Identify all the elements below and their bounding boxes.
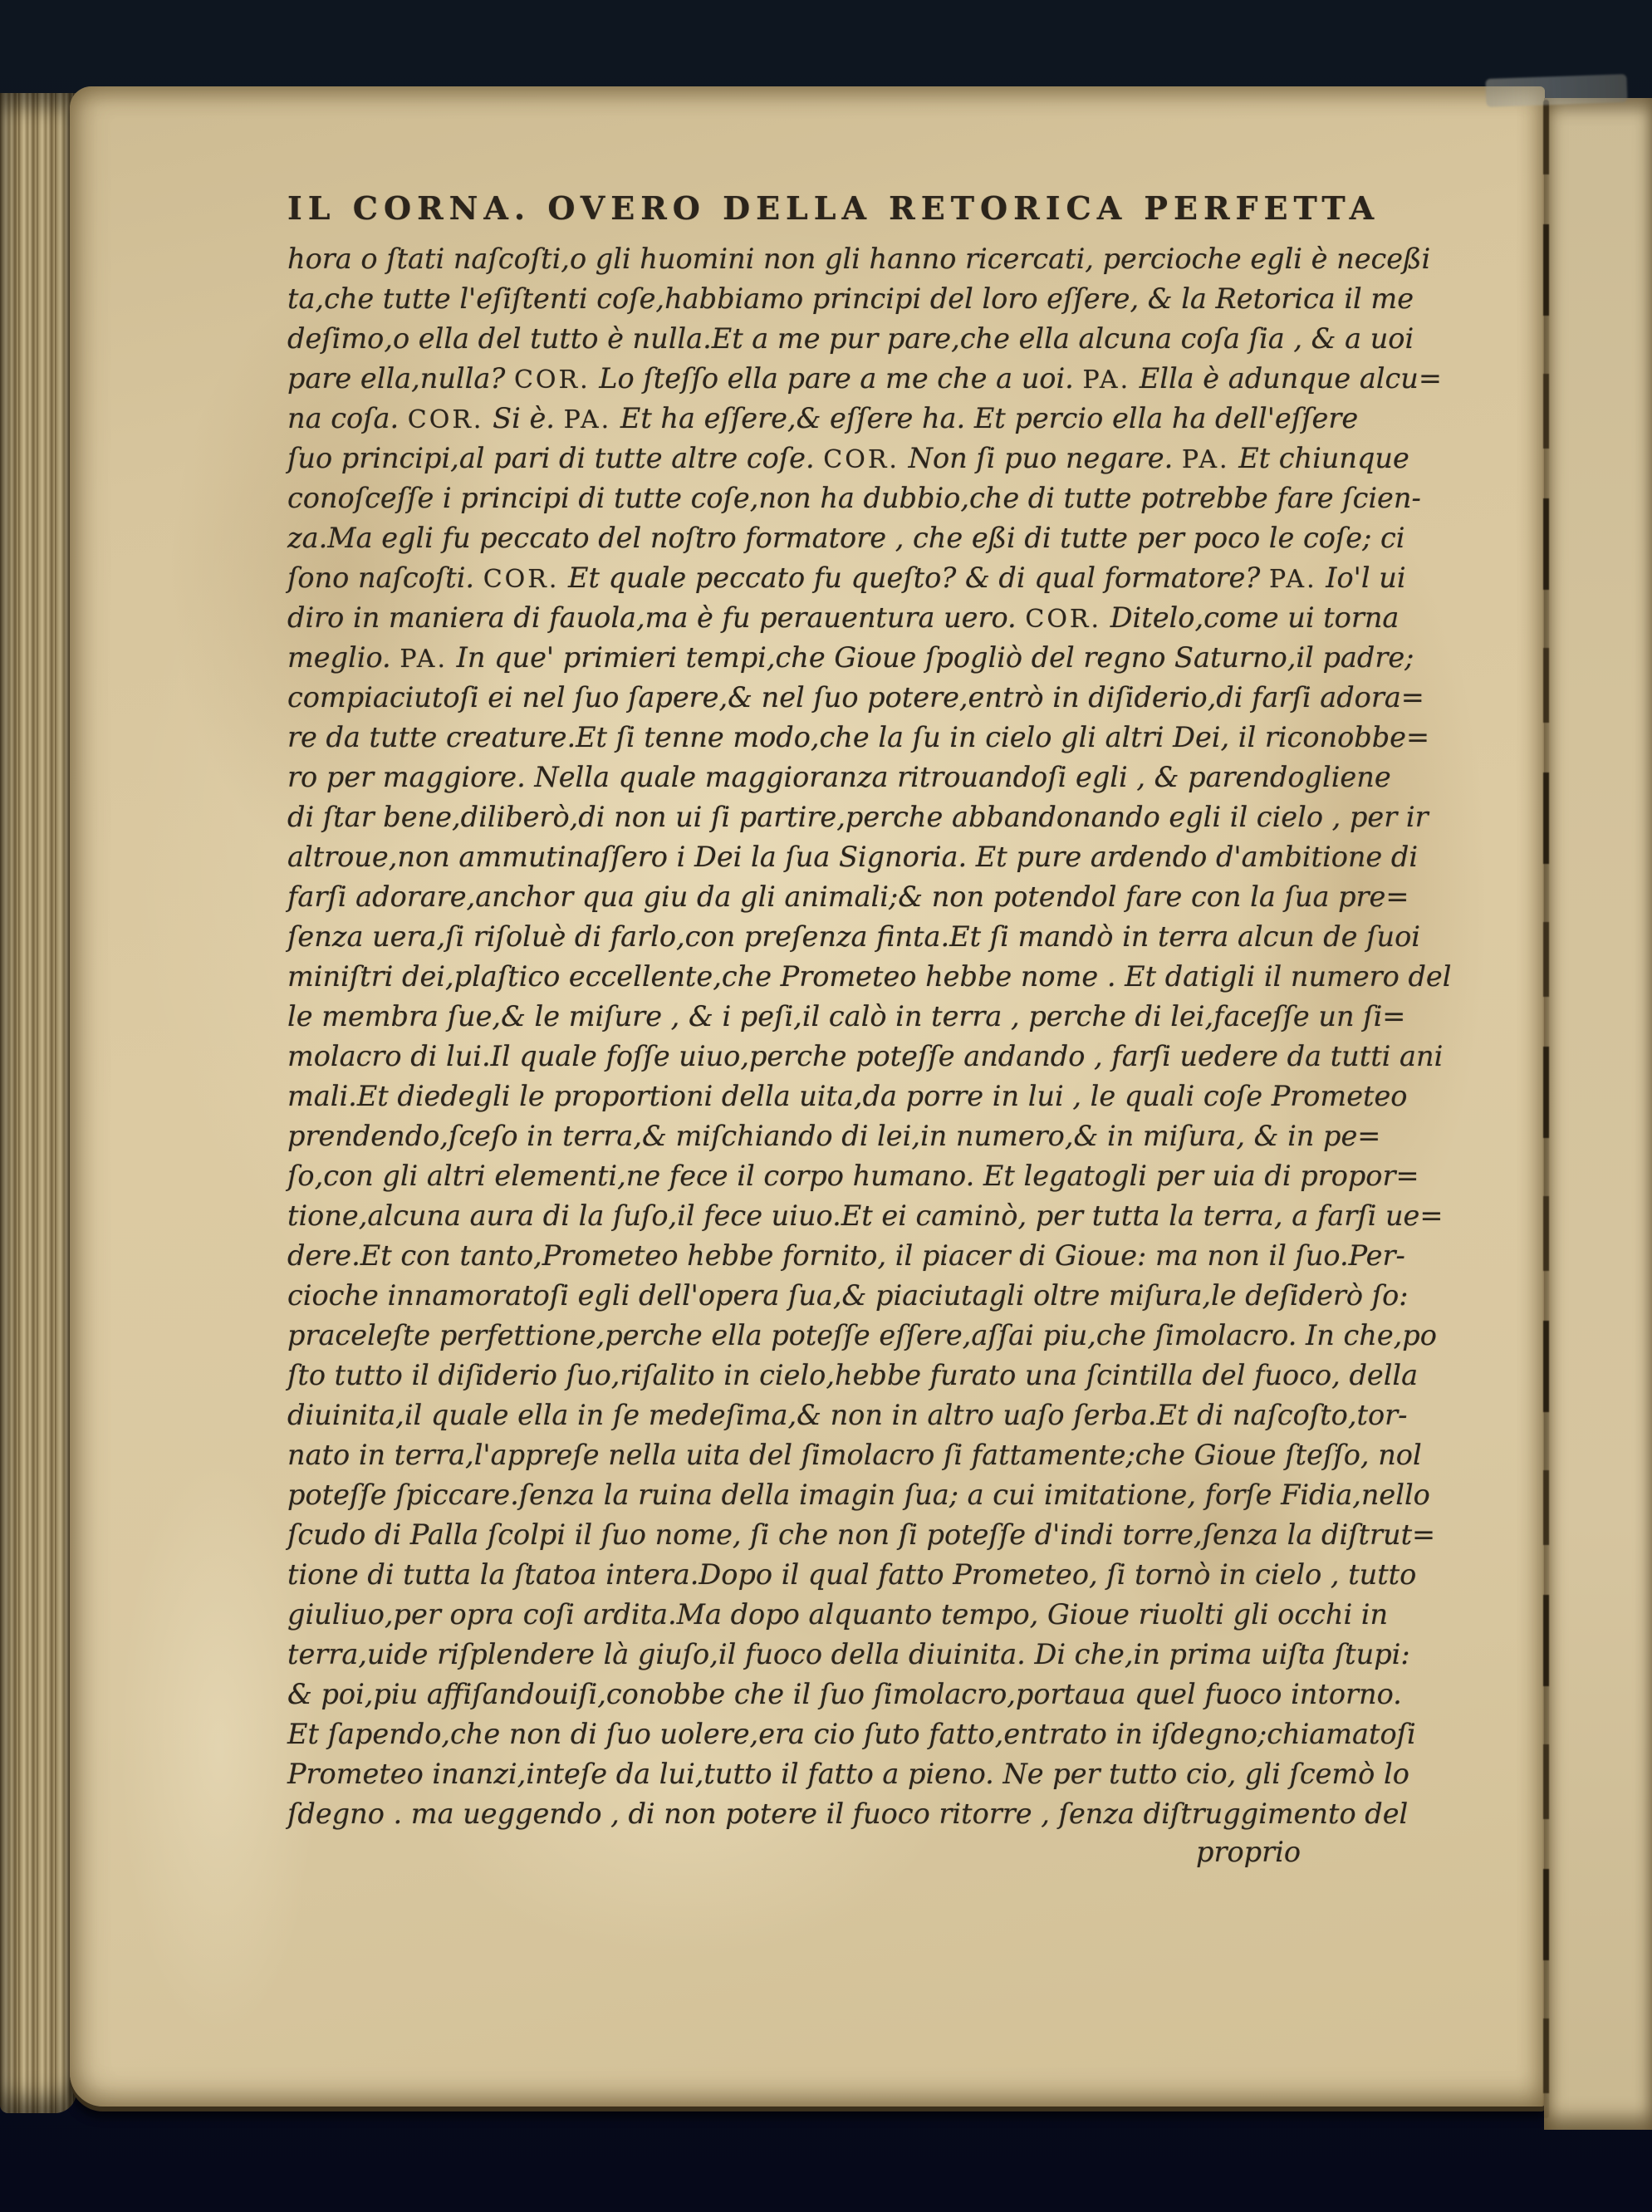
speaker-label: PA. <box>564 405 612 434</box>
text-line: ſo,con gli altri elementi,ne fece il cor… <box>287 1156 1301 1196</box>
text-line: & poi,piu affiſandouiſi,conobbe che il ſ… <box>287 1675 1301 1714</box>
speaker-label: COR. <box>514 365 591 395</box>
text-line: ro per maggiore. Nella quale maggioranza… <box>287 758 1301 797</box>
text-line: ſto tutto il diſiderio ſuo,riſalito in c… <box>287 1356 1301 1395</box>
catchword: proprio <box>287 1836 1301 1868</box>
text-line: poteſſe ſpiccare.ſenza la ruina della im… <box>287 1475 1301 1515</box>
text-line: miniſtri dei,plaſtico eccellente,che Pro… <box>287 957 1301 997</box>
adjacent-page-edge <box>1544 98 1652 2130</box>
text-line: terra,uide riſplendere là giuſo,il fuoco… <box>287 1635 1301 1675</box>
text-line: meglio. PA. In que' primieri tempi,che G… <box>287 638 1301 678</box>
text-line: ſuo principi,al pari di tutte altre coſe… <box>287 439 1301 478</box>
text-line: prendendo,ſceſo in terra,& miſchiando di… <box>287 1116 1301 1156</box>
speaker-label: COR. <box>823 445 900 474</box>
text-line: pare ella,nulla? COR. Lo ſteſſo ella par… <box>287 359 1301 399</box>
running-title: IL CORNA. OVERO DELLA RETORICA PERFETTA <box>287 189 1301 227</box>
text-line: conoſceſſe i principi di tutte coſe,non … <box>287 478 1301 518</box>
speaker-label: PA. <box>1269 565 1317 594</box>
book-page-edges <box>0 93 76 2113</box>
text-line: ta,che tutte l'eſiſtenti coſe,habbiamo p… <box>287 279 1301 319</box>
speaker-label: COR. <box>483 565 560 594</box>
text-line: compiaciutoſi ei nel ſuo ſapere,& nel ſu… <box>287 678 1301 718</box>
speaker-label: COR. <box>408 405 484 434</box>
text-line: ſenza uera,ſi riſoluè di farlo,con preſe… <box>287 917 1301 957</box>
text-line: ſcudo di Palla ſcolpi il ſuo nome, ſi ch… <box>287 1515 1301 1555</box>
text-line: deſimo,o ella del tutto è nulla.Et a me … <box>287 319 1301 359</box>
text-line: na coſa. COR. Si è. PA. Et ha eſſere,& e… <box>287 399 1301 439</box>
text-line: di ſtar bene,diliberò,di non ui ſi parti… <box>287 797 1301 837</box>
speaker-label: COR. <box>1025 605 1101 634</box>
text-line: Prometeo inanzi,inteſe da lui,tutto il f… <box>287 1754 1301 1794</box>
text-line: altroue,non ammutinaſſero i Dei la ſua S… <box>287 837 1301 877</box>
speaker-label: PA. <box>400 645 448 674</box>
text-line: le membra ſue,& le miſure , & i peſi,il … <box>287 997 1301 1037</box>
text-line: giuliuo,per opra coſi ardita.Ma dopo alq… <box>287 1595 1301 1635</box>
text-line: nato in terra,l'appreſe nella uita del ſ… <box>287 1435 1301 1475</box>
text-block: hora o ſtati naſcoſti,o gli huomini non … <box>287 239 1301 1834</box>
text-line: ſono naſcoſti. COR. Et quale peccato fu … <box>287 558 1301 598</box>
text-line: diro in maniera di fauola,ma è fu peraue… <box>287 598 1301 638</box>
text-line: cioche innamoratoſi egli dell'opera ſua,… <box>287 1276 1301 1316</box>
text-line: tione,alcuna aura di la ſuſo,il fece uiu… <box>287 1196 1301 1236</box>
text-line: diuinita,il quale ella in ſe medeſima,& … <box>287 1395 1301 1435</box>
binding-fragment <box>1485 74 1627 107</box>
text-line: tione di tutta la ſtatoa intera.Dopo il … <box>287 1555 1301 1595</box>
text-line: ſdegno . ma ueggendo , di non potere il … <box>287 1794 1301 1834</box>
text-line: Et ſapendo,che non di ſuo uolere,era cio… <box>287 1714 1301 1754</box>
photo-background: IL CORNA. OVERO DELLA RETORICA PERFETTA … <box>0 0 1652 2212</box>
text-line: mali.Et diedegli le proportioni della ui… <box>287 1077 1301 1116</box>
page-fold-crack <box>1543 100 1549 2118</box>
text-line: re da tutte creature.Et ſi tenne modo,ch… <box>287 718 1301 758</box>
text-line: za.Ma egli fu peccato del noſtro formato… <box>287 518 1301 558</box>
text-line: hora o ſtati naſcoſti,o gli huomini non … <box>287 239 1301 279</box>
text-line: molacro di lui.Il quale foſſe uiuo,perch… <box>287 1037 1301 1077</box>
text-line: praceleſte perfettione,perche ella poteſ… <box>287 1316 1301 1356</box>
text-line: farſi adorare,anchor qua giu da gli anim… <box>287 877 1301 917</box>
speaker-label: PA. <box>1082 365 1130 395</box>
speaker-label: PA. <box>1182 445 1230 474</box>
text-line: dere.Et con tanto,Prometeo hebbe fornito… <box>287 1236 1301 1276</box>
